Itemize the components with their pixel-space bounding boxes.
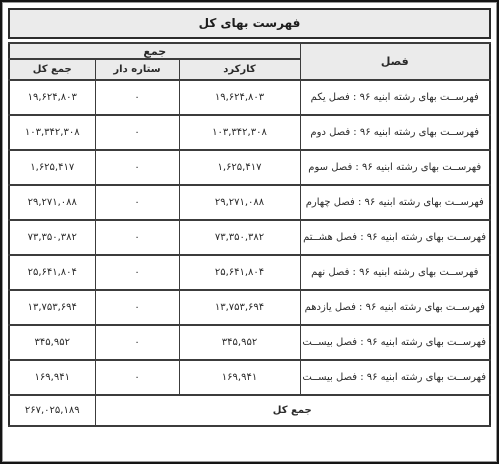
table-row: فهرســت بهای رشته ابنیه ۹۶ : فصل یکم ۱۹,… (9, 80, 490, 115)
col-header-grand-total: جمع کل (9, 59, 95, 80)
table-row: فهرســت بهای رشته ابنیه ۹۶ : فصل دوم ۱۰۳… (9, 115, 490, 150)
starred-value: ۰ (95, 150, 179, 185)
total-value: ۱۹,۶۲۴,۸۰۳ (9, 80, 95, 115)
chapter-cell: فهرســت بهای رشته ابنیه ۹۶ : فصل هشــتم (300, 220, 490, 255)
starred-value: ۰ (95, 290, 179, 325)
chapter-cell: فهرســت بهای رشته ابنیه ۹۶ : فصل بیســت … (300, 360, 490, 395)
col-header-chapter: فصل (300, 43, 490, 80)
footer-row: جمع کل ۲۶۷,۰۲۵,۱۸۹ (9, 395, 490, 426)
total-value: ۲۹,۲۷۱,۰۸۸ (9, 185, 95, 220)
table-row: فهرســت بهای رشته ابنیه ۹۶ : فصل نهم ۲۵,… (9, 255, 490, 290)
cost-report: فهرست بهای کل فصل جمع کارکرد ستاره دار ج… (8, 8, 491, 427)
total-value: ۷۳,۳۵۰,۳۸۲ (9, 220, 95, 255)
work-value: ۱۹,۶۲۴,۸۰۳ (179, 80, 300, 115)
table-row: فهرســت بهای رشته ابنیه ۹۶ : فصل بیســت … (9, 360, 490, 395)
work-value: ۱۰۳,۳۴۲,۳۰۸ (179, 115, 300, 150)
chapter-cell: فهرســت بهای رشته ابنیه ۹۶ : فصل بیســت … (300, 325, 490, 360)
table-row: فهرســت بهای رشته ابنیه ۹۶ : فصل هشــتم … (9, 220, 490, 255)
col-header-sum-group: جمع (9, 43, 300, 59)
table-row: فهرســت بهای رشته ابنیه ۹۶ : فصل سوم ۱,۶… (9, 150, 490, 185)
starred-value: ۰ (95, 80, 179, 115)
chapter-cell: فهرســت بهای رشته ابنیه ۹۶ : فصل یازدهم (300, 290, 490, 325)
starred-value: ۰ (95, 185, 179, 220)
cost-table: فصل جمع کارکرد ستاره دار جمع کل فهرســت … (8, 42, 491, 427)
total-value: ۱۰۳,۳۴۲,۳۰۸ (9, 115, 95, 150)
work-value: ۲۵,۶۴۱,۸۰۴ (179, 255, 300, 290)
starred-value: ۰ (95, 220, 179, 255)
report-window: { "title": "فهرست بهای کل", "header": { … (0, 0, 499, 464)
work-value: ۱۳,۷۵۳,۶۹۴ (179, 290, 300, 325)
starred-value: ۰ (95, 255, 179, 290)
total-value: ۲۵,۶۴۱,۸۰۴ (9, 255, 95, 290)
work-value: ۲۹,۲۷۱,۰۸۸ (179, 185, 300, 220)
starred-value: ۰ (95, 325, 179, 360)
chapter-cell: فهرســت بهای رشته ابنیه ۹۶ : فصل دوم (300, 115, 490, 150)
total-value: ۱,۶۲۵,۴۱۷ (9, 150, 95, 185)
footer-label: جمع کل (95, 395, 490, 426)
starred-value: ۰ (95, 115, 179, 150)
work-value: ۱,۶۲۵,۴۱۷ (179, 150, 300, 185)
work-value: ۱۶۹,۹۴۱ (179, 360, 300, 395)
table-row: فهرســت بهای رشته ابنیه ۹۶ : فصل چهارم ۲… (9, 185, 490, 220)
table-row: فهرســت بهای رشته ابنیه ۹۶ : فصل بیســت … (9, 325, 490, 360)
report-title: فهرست بهای کل (8, 8, 491, 39)
work-value: ۷۳,۳۵۰,۳۸۲ (179, 220, 300, 255)
chapter-cell: فهرســت بهای رشته ابنیه ۹۶ : فصل چهارم (300, 185, 490, 220)
table-row: فهرســت بهای رشته ابنیه ۹۶ : فصل یازدهم … (9, 290, 490, 325)
total-value: ۳۴۵,۹۵۲ (9, 325, 95, 360)
starred-value: ۰ (95, 360, 179, 395)
footer-total: ۲۶۷,۰۲۵,۱۸۹ (9, 395, 95, 426)
total-value: ۱۳,۷۵۳,۶۹۴ (9, 290, 95, 325)
work-value: ۳۴۵,۹۵۲ (179, 325, 300, 360)
col-header-starred: ستاره دار (95, 59, 179, 80)
chapter-cell: فهرســت بهای رشته ابنیه ۹۶ : فصل یکم (300, 80, 490, 115)
col-header-work: کارکرد (179, 59, 300, 80)
chapter-cell: فهرســت بهای رشته ابنیه ۹۶ : فصل سوم (300, 150, 490, 185)
total-value: ۱۶۹,۹۴۱ (9, 360, 95, 395)
chapter-cell: فهرســت بهای رشته ابنیه ۹۶ : فصل نهم (300, 255, 490, 290)
